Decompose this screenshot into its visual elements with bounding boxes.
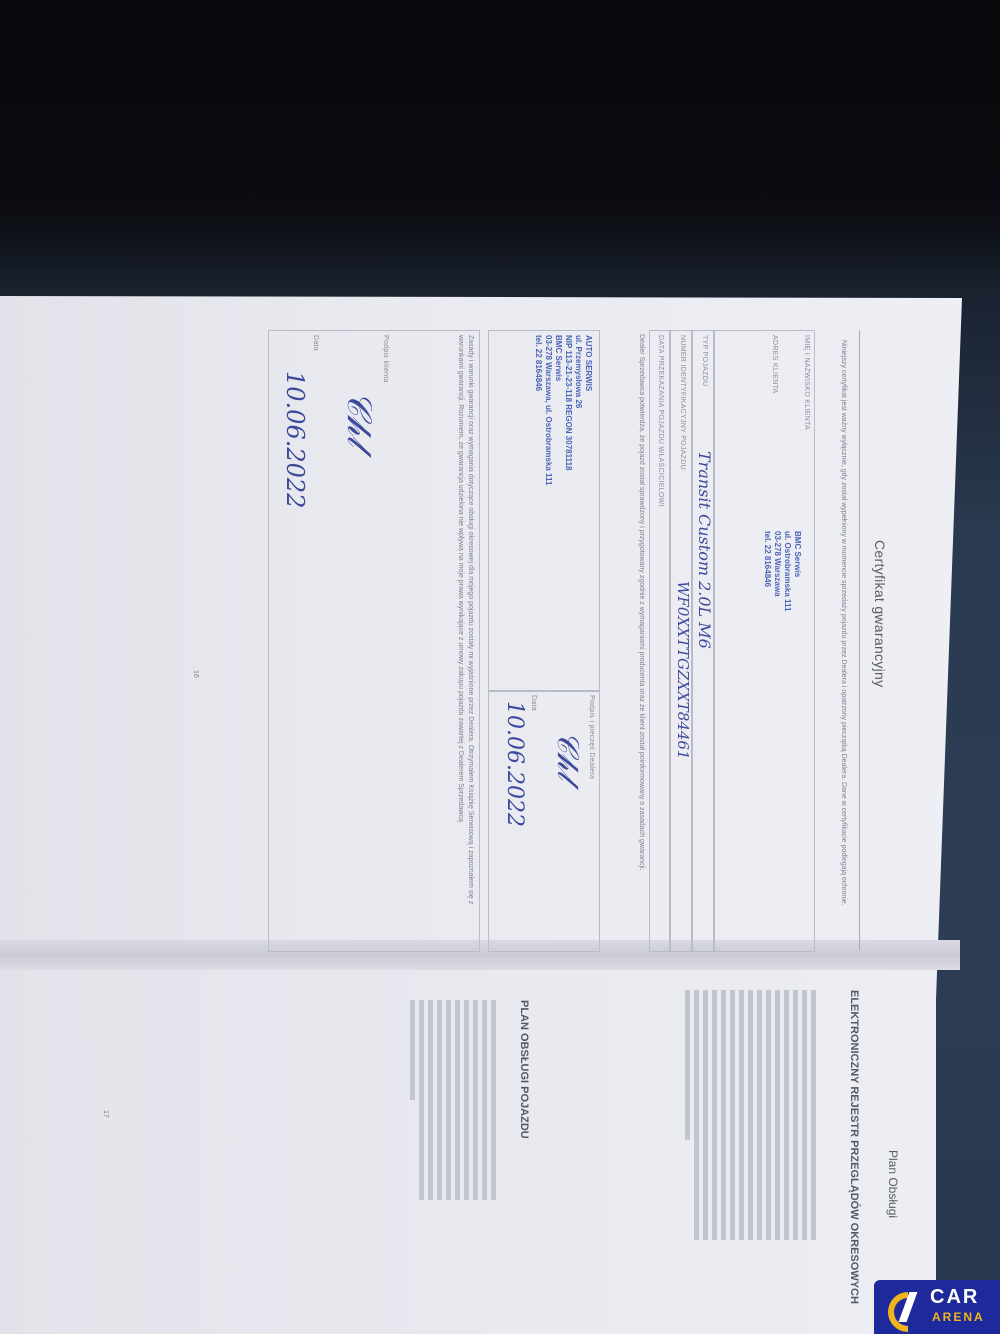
client-acknowledgement: Zasady i warunki gwarancji oraz wymagani…	[268, 330, 480, 952]
service-plan-page: Plan Obsługi ELEKTRONICZNY REJESTR PRZEG…	[80, 990, 900, 1330]
client-signature: 𝒞𝒽𝓁	[339, 391, 379, 447]
client-stamp: BMC Serwis ul. Ostrobramska 111 03-278 W…	[762, 531, 802, 612]
certificate-intro: Niniejszy certyfikat jest ważny wyłączni…	[838, 340, 848, 940]
car-arena-watermark: CAR ARENA	[874, 1280, 1000, 1334]
brand-name-top: CAR	[930, 1286, 979, 1309]
section-electronic-register-text	[681, 990, 820, 1240]
vehicle-type-row: TYP POJAZDU Transit Custom 2.0L M6	[691, 330, 715, 952]
vin-value: WF0XXTTGZXXT84461	[674, 581, 692, 760]
dealer-stamp: AUTO SERWIS ul. Przemysłowa 26 NIP 113-2…	[533, 335, 593, 485]
title-divider	[859, 330, 860, 950]
client-name-label: IMIĘ I NAZWISKO KLIENTA	[803, 335, 810, 430]
page-number-right: 17	[100, 1110, 110, 1118]
vehicle-type-value: Transit Custom 2.0L M6	[695, 451, 714, 649]
dealer-signature-box: Podpis i pieczęć Dealera 𝒞𝒽𝓁 Data 10.06.…	[488, 690, 600, 952]
dealer-stamp-box: AUTO SERWIS ul. Przemysłowa 26 NIP 113-2…	[488, 330, 600, 692]
section-service-plan-text	[406, 1000, 500, 1200]
service-plan-header: Plan Obsługi	[886, 1150, 900, 1218]
delivery-date-row: DATA PRZEKAZANIA POJAZDU WŁAŚCICIELOWI	[649, 330, 671, 952]
page-number-left: 16	[190, 670, 200, 678]
warranty-certificate-page: Certyfikat gwarancyjny Niniejszy certyfi…	[140, 330, 900, 950]
dealer-date-value: 10.06.2022	[502, 701, 527, 827]
section-electronic-register-title: ELEKTRONICZNY REJESTR PRZEGLĄDÓW OKRESOW…	[848, 990, 860, 1320]
certificate-title: Certyfikat gwarancyjny	[872, 540, 888, 687]
client-date-value: 10.06.2022	[281, 371, 309, 508]
terms-text: Zasady i warunki gwarancji oraz wymagani…	[455, 335, 475, 935]
section-service-plan-title: PLAN OBSŁUGI POJAZDU	[518, 1000, 530, 1250]
dealer-signature: 𝒞𝒽𝓁	[550, 731, 585, 780]
vin-row: NUMER IDENTYFIKACYJNY POJAZDU WF0XXTTGZX…	[669, 330, 693, 952]
dealer-statement: Dealer Sprzedawca potwierdza, że pojazd …	[636, 334, 646, 944]
brand-name-bottom: ARENA	[932, 1310, 985, 1324]
client-address-label: ADRES KLIENTA	[771, 335, 778, 394]
client-section: IMIĘ I NAZWISKO KLIENTA ADRES KLIENTA BM…	[713, 330, 815, 952]
